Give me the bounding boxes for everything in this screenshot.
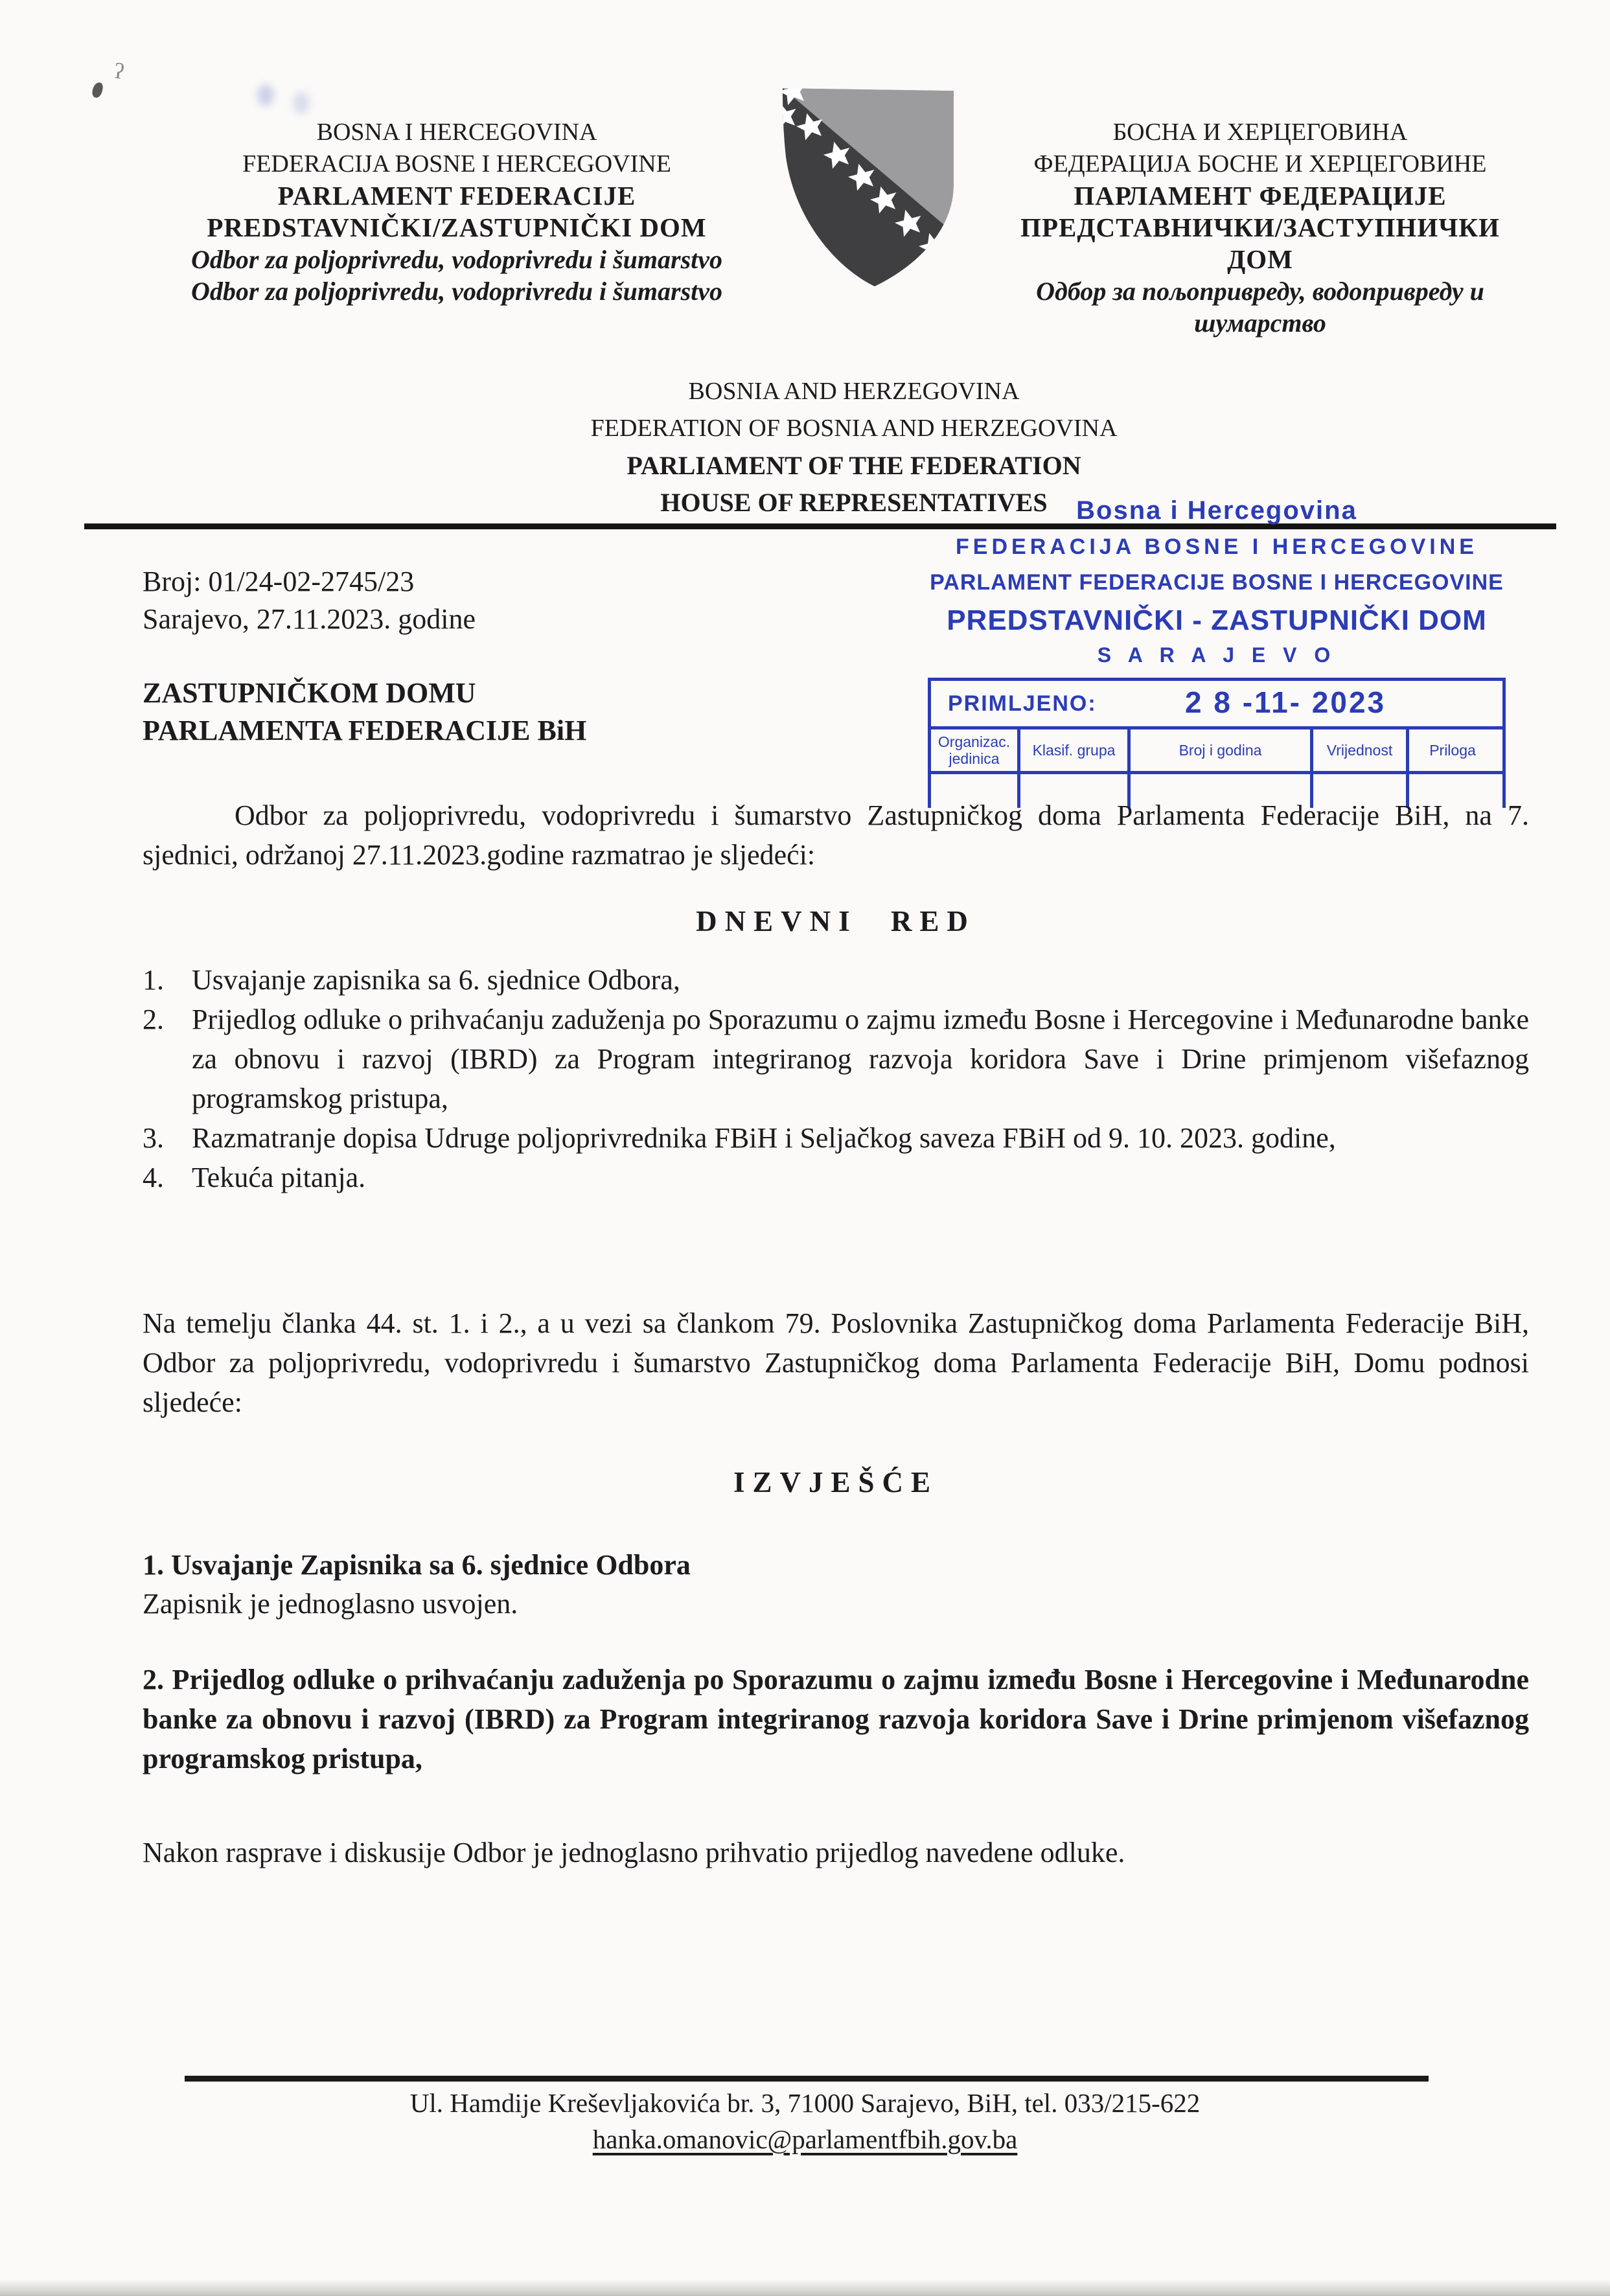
agenda-item-text: Usvajanje zapisnika sa 6. sjednice Odbor… bbox=[192, 960, 1529, 1000]
stamp-received-row: PRIMLJENO: 2 8 -11- 2023 bbox=[931, 681, 1502, 729]
doc-place-date: Sarajevo, 27.11.2023. godine bbox=[143, 603, 476, 636]
section-1-heading: 1. Usvajanje Zapisnika sa 6. sjednice Od… bbox=[143, 1548, 691, 1581]
letterhead-country-cyr: БОСНА И ХЕРЦЕГОВИНА bbox=[991, 117, 1529, 148]
agenda-item: 4. Tekuća pitanja. bbox=[143, 1158, 1529, 1197]
scan-edge-shadow bbox=[0, 2279, 1610, 2296]
agenda-item-text: Tekuća pitanja. bbox=[192, 1158, 1529, 1197]
letterhead-left: BOSNA I HERCEGOVINA FEDERACIJA BOSNE I H… bbox=[188, 117, 726, 307]
footer-address: Ul. Hamdije Kreševljakovića br. 3, 71000… bbox=[0, 2087, 1610, 2118]
agenda-item-text: Razmatranje dopisa Udruge poljoprivredni… bbox=[192, 1118, 1529, 1158]
letterhead-house: PREDSTAVNIČKI/ZASTUPNIČKI DOM bbox=[188, 212, 726, 244]
letterhead-parliament-en: PARLIAMENT OF THE FEDERATION bbox=[588, 447, 1120, 484]
scan-artifact bbox=[293, 92, 310, 114]
addressee-line-1: ZASTUPNIČKOM DOMU bbox=[143, 676, 476, 709]
agenda-item-number: 3. bbox=[143, 1118, 192, 1158]
received-stamp-table: PRIMLJENO: 2 8 -11- 2023 Organizac. jedi… bbox=[928, 678, 1506, 808]
agenda-item: 2. Prijedlog odluke o prihvaćanju zaduže… bbox=[143, 1000, 1529, 1118]
agenda-item-number: 2. bbox=[143, 1000, 192, 1118]
agenda-item-number: 1. bbox=[143, 960, 192, 1000]
agenda-item: 3. Razmatranje dopisa Udruge poljoprivre… bbox=[143, 1118, 1529, 1158]
letterhead-right: БОСНА И ХЕРЦЕГОВИНА ФЕДЕРАЦИЈА БОСНЕ И Х… bbox=[991, 117, 1529, 339]
letterhead-committee: Odbor za poljoprivredu, vodoprivredu i š… bbox=[188, 244, 726, 275]
stamp-federation-line: FEDERACIJA BOSNE I HERCEGOVINE bbox=[893, 534, 1541, 560]
letterhead-federation-cyr: ФЕДЕРАЦИЈА БОСНЕ И ХЕРЦЕГОВИНЕ bbox=[991, 148, 1529, 180]
letterhead-parliament-cyr: ПАРЛАМЕНТ ФЕДЕРАЦИЈЕ bbox=[991, 180, 1529, 212]
stamp-received-label: PRIMLJENO: bbox=[948, 691, 1097, 717]
letterhead-country-en: BOSNIA AND HERZEGOVINA bbox=[588, 373, 1120, 410]
footer-email: hanka.omanovic@parlamentfbih.gov.ba bbox=[0, 2124, 1610, 2155]
section-2-text: Nakon rasprave i diskusije Odbor je jedn… bbox=[143, 1836, 1125, 1869]
addressee-line-2: PARLAMENTA FEDERACIJE BiH bbox=[143, 714, 586, 747]
letterhead-federation-en: FEDERATION OF BOSNIA AND HERZEGOVINA bbox=[588, 410, 1120, 447]
stamp-col-broj-i-godina: Broj i godina bbox=[1131, 729, 1313, 771]
agenda-list: 1. Usvajanje zapisnika sa 6. sjednice Od… bbox=[143, 960, 1529, 1197]
bih-coat-of-arms-icon bbox=[779, 87, 955, 290]
footer-divider-rule bbox=[185, 2076, 1429, 2082]
legal-basis-paragraph: Na temelju članka 44. st. 1. i 2., a u v… bbox=[143, 1303, 1529, 1422]
stamp-parliament-line: PARLAMENT FEDERACIJE BOSNE I HERCEGOVINE bbox=[893, 570, 1541, 595]
section-2-heading: 2. Prijedlog odluke o prihvaćanju zaduže… bbox=[143, 1660, 1529, 1778]
stamp-table-header-row: Organizac. jedinica Klasif. grupa Broj i… bbox=[931, 729, 1502, 774]
agenda-item-number: 4. bbox=[143, 1158, 192, 1197]
letterhead-federation: FEDERACIJA BOSNE I HERCEGOVINE bbox=[188, 148, 726, 180]
stamp-col-organizac-jedinica: Organizac. jedinica bbox=[931, 729, 1020, 771]
letterhead-committee-cyr: Одбор за пољопривреду, водопривреду и шу… bbox=[991, 275, 1529, 339]
stamp-city-line: S A R A J E V O bbox=[893, 643, 1541, 667]
stamp-house-line: PREDSTAVNIČKI - ZASTUPNIČKI DOM bbox=[893, 604, 1541, 637]
footer-email-text: hanka.omanovic@parlamentfbih.gov.ba bbox=[593, 2124, 1018, 2154]
intro-paragraph: Odbor za poljoprivredu, vodoprivredu i š… bbox=[143, 796, 1529, 875]
agenda-item-text: Prijedlog odluke o prihvaćanju zaduženja… bbox=[192, 1000, 1529, 1118]
stamp-col-priloga: Priloga bbox=[1409, 729, 1496, 771]
scan-artifact: ʔ bbox=[112, 59, 125, 85]
scanned-document-page: ʔ BOSNA I HERCEGOVINA FEDERACIJA BOSNE I… bbox=[0, 0, 1610, 2296]
agenda-title: DNEVNI RED bbox=[143, 904, 1529, 938]
stamp-col-vrijednost: Vrijednost bbox=[1313, 729, 1409, 771]
stamp-col-klasif-grupa: Klasif. grupa bbox=[1020, 729, 1131, 771]
letterhead-country: BOSNA I HERCEGOVINA bbox=[188, 117, 726, 148]
letterhead-house-cyr: ПРЕДСТАВНИЧКИ/ЗАСТУПНИЧКИ ДОМ bbox=[991, 212, 1529, 275]
stamp-country-line: Bosna i Hercegovina bbox=[893, 496, 1541, 525]
report-title: IZVJEŠĆE bbox=[143, 1465, 1529, 1499]
agenda-item: 1. Usvajanje zapisnika sa 6. sjednice Od… bbox=[143, 960, 1529, 1000]
stamp-received-date: 2 8 -11- 2023 bbox=[1185, 685, 1386, 720]
doc-number: Broj: 01/24-02-2745/23 bbox=[143, 565, 414, 598]
scan-artifact bbox=[91, 82, 104, 99]
section-1-text: Zapisnik je jednoglasno usvojen. bbox=[143, 1587, 518, 1620]
scan-artifact bbox=[257, 84, 274, 106]
received-stamp: Bosna i Hercegovina FEDERACIJA BOSNE I H… bbox=[893, 496, 1541, 808]
letterhead-committee: Odbor za poljoprivredu, vodoprivredu i š… bbox=[188, 275, 726, 307]
letterhead-parliament: PARLAMENT FEDERACIJE bbox=[188, 180, 726, 212]
